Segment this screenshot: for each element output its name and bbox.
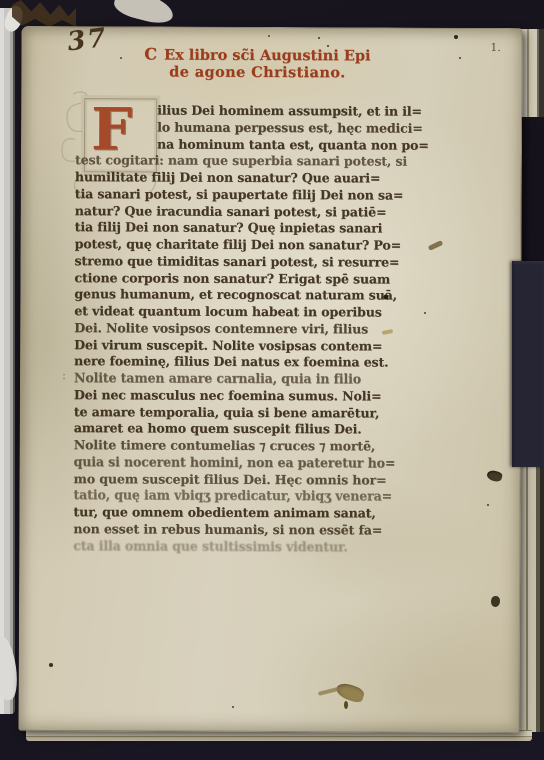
- fore-edge-tab: [512, 261, 544, 467]
- text-line: ilius Dei hominem assumpsit, et in il=: [157, 103, 405, 121]
- capitulum-mark: C: [144, 44, 157, 63]
- facing-page-edge: [0, 8, 15, 714]
- text-line: cta illa omnia que stultissimis videntur…: [73, 538, 403, 556]
- text-line: tatio, quę iam vbiqʒ predicatur, vbiqʒ v…: [73, 487, 403, 505]
- text-line: nere foeminę, filius Dei natus ex foemin…: [74, 353, 404, 371]
- corner-foliation-mark: 1.: [490, 41, 501, 54]
- text-line: amaret ea homo quem suscepit filius Dei.: [74, 420, 404, 438]
- text-line: humilitate filij Dei non sanatur? Que au…: [75, 169, 405, 187]
- text-line: potest, quę charitate filij Dei non sana…: [75, 236, 405, 254]
- text-line: tia sanari potest, si paupertate filij D…: [75, 186, 405, 204]
- text-line: genus humanum, et recognoscat naturam su…: [74, 286, 404, 304]
- flyleaf-curl: [0, 635, 20, 701]
- text-line: Dei. Nolite vosipsos contemnere viri, fi…: [74, 320, 404, 338]
- text-line: tia filij Dei non sanatur? Quę inpietas …: [75, 219, 405, 237]
- text-line: Dei nec masculus nec foemina sumus. Noli…: [74, 387, 404, 405]
- text-line: et videat quantum locum habeat in operib…: [74, 303, 404, 321]
- text-line: non esset in rebus humanis, si non essēt…: [73, 521, 403, 539]
- marginal-mark: :: [62, 368, 66, 382]
- hook-stain: [344, 701, 348, 709]
- ink-specks: [0, 0, 2, 2]
- page-edges-right: [517, 466, 544, 732]
- text-line: ctione corporis non sanatur? Erigat spē …: [74, 270, 404, 288]
- text-line: stremo que timiditas sanari potest, si r…: [74, 253, 404, 271]
- text-line: Dei virum suscepit. Nolite vosipsas cont…: [74, 337, 404, 355]
- text-line: tur, que omnem obedientem animam sanat,: [73, 504, 403, 522]
- rubric-line1: Ex libro sc̃i Augustini Epi: [164, 47, 371, 65]
- rubric-line2: de agone Christiano.: [169, 64, 346, 82]
- rubric-title: CEx libro sc̃i Augustini Epi de agone Ch…: [101, 45, 413, 81]
- binding-remnant: [12, 0, 76, 27]
- text-line: test cogitari: nam que superbia sanari p…: [75, 152, 405, 170]
- text-line: natur? Que iracundia sanari potest, si p…: [75, 203, 405, 221]
- text-line: Nolite tamen amare carnalia, quia in fil…: [74, 370, 404, 388]
- text-line: te amare temporalia, quia si bene amarēt…: [74, 404, 404, 422]
- manuscript-page: 37 1. : CEx libro sc̃i Augustini Epi de …: [18, 26, 522, 733]
- manuscript-photograph: 37 1. : CEx libro sc̃i Augustini Epi de …: [0, 0, 544, 760]
- text-line: mo quem suscepit filius Dei. Hęc omnis h…: [74, 471, 404, 489]
- body-text: ilius Dei hominem assumpsit, et in il=lo…: [73, 102, 405, 556]
- parchment-sliver: [112, 0, 177, 27]
- text-line: quia si nocerent homini, non ea pateretu…: [74, 454, 404, 472]
- text-line: Nolite timere contumelias ⁊ cruces ⁊ mor…: [74, 437, 404, 455]
- text-line: na hominum tanta est, quanta non po=: [157, 136, 405, 154]
- text-line: lo humana perpessus est, hęc medici=: [157, 119, 405, 137]
- page-edges-top-right: [519, 29, 544, 117]
